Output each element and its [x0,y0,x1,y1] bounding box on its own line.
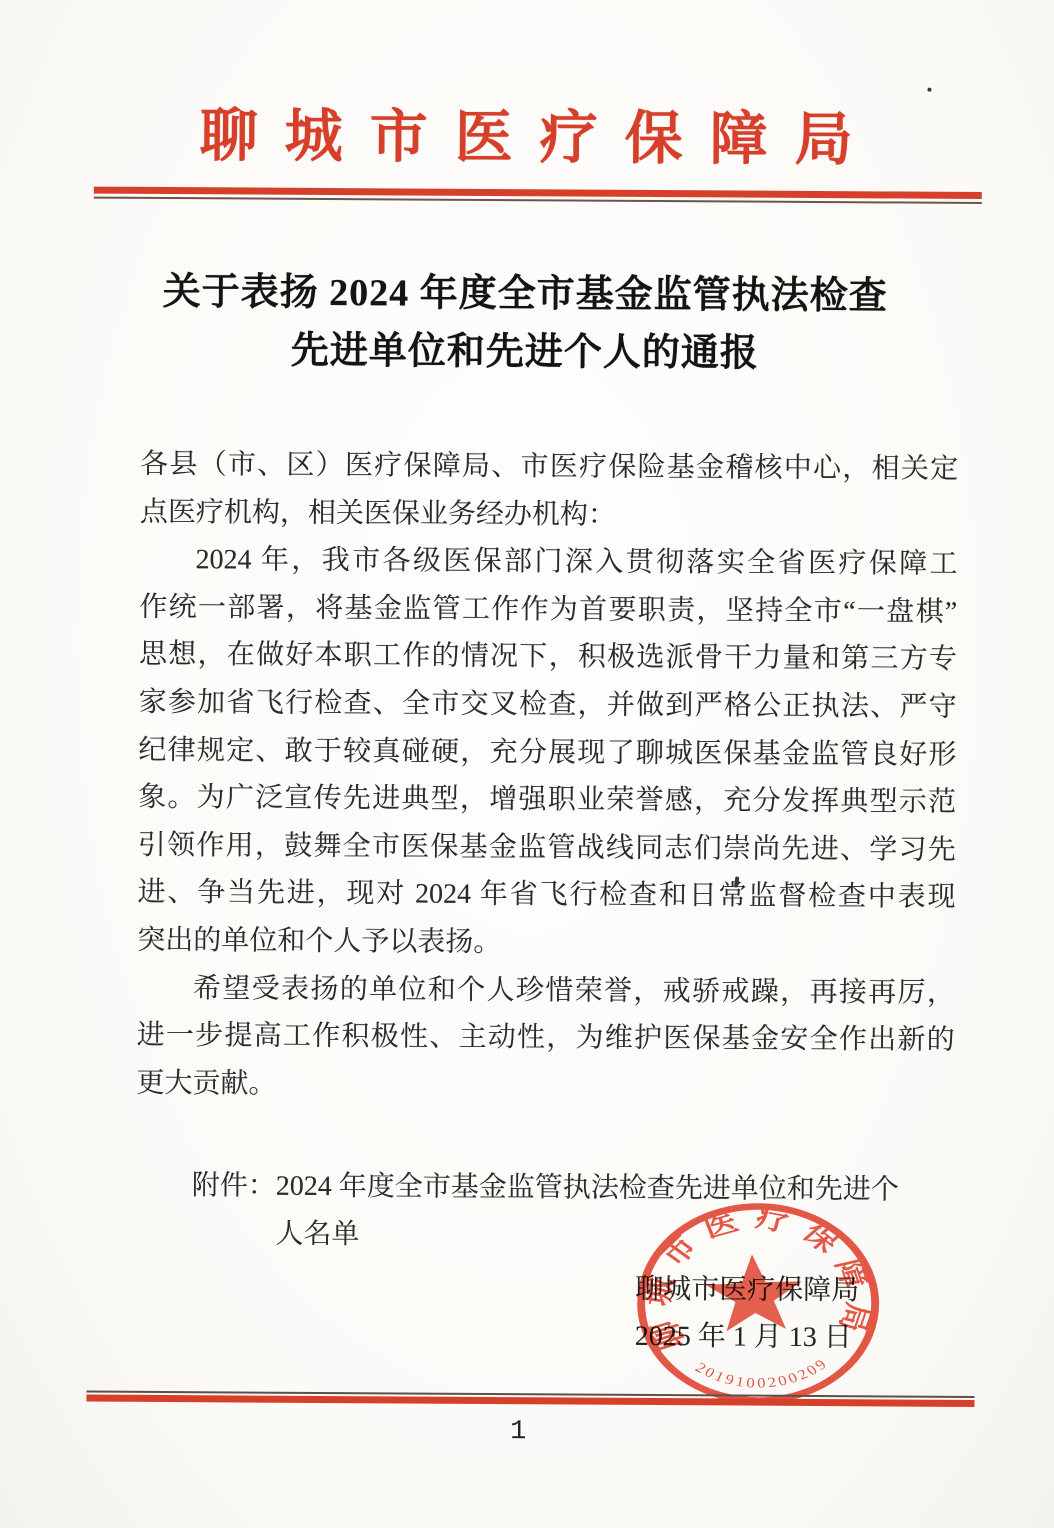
document-title: 关于表扬 2024 年度全市基金监管执法检查 先进单位和先进个人的通报 [0,262,1052,384]
paragraph-line: 进、争当先进，现对 2024 年省飞行检查和日常监督检查中表现 [137,869,955,922]
letterhead-rule [94,187,982,204]
document-body: 各县（市、区）医疗保障局、市医疗保险基金稽核中心，相关定 点医疗机构，相关医保业… [135,441,958,1262]
scanned-document-page: 聊城市医疗保障局 关于表扬 2024 年度全市基金监管执法检查 先进单位和先进个… [0,0,1054,1528]
paragraph-line: 希望受表扬的单位和个人珍惜荣誉，戒骄戒躁，再接再厉， [137,964,955,1017]
paragraph-line: 突出的单位和个人予以表扬。 [137,917,955,970]
page-number: 1 [0,1414,1045,1450]
scan-content: 聊城市医疗保障局 关于表扬 2024 年度全市基金监管执法检查 先进单位和先进个… [0,0,1054,1528]
salutation-line: 各县（市、区）医疗保障局、市医疗保险基金稽核中心，相关定 [140,441,958,494]
paragraph-line: 家参加省飞行检查、全市交叉检查，并做到严格公正执法、严守 [139,679,957,732]
salutation-line: 点医疗机构，相关医保业务经办机构： [140,488,958,541]
letterhead-agency-name: 聊城市医疗保障局 [0,100,1053,176]
paragraph-line: 纪律规定、敢于较真碰硬，充分展现了聊城医保基金监管良好形 [138,726,956,779]
paragraph-line: 进一步提高工作积极性、主动性，为维护医保基金安全作出新的 [137,1012,955,1065]
paragraph-line: 更大贡献。 [136,1060,954,1113]
document-title-line-2: 先进单位和先进个人的通报 [0,320,1052,384]
paragraph-line: 引领作用，鼓舞全市医保基金监管战线同志们崇尚先进、学习先 [138,822,956,875]
scan-speck [927,88,931,92]
paragraph-line: 2024 年，我市各级医保部门深入贯彻落实全省医疗保障工 [139,536,957,589]
paragraph-line: 象。为广泛宣传先进典型，增强职业荣誉感，充分发挥典型示范 [138,774,956,827]
seal-star-icon [704,1252,805,1331]
paragraph-line: 思想，在做好本职工作的情况下，积极选派骨干力量和第三方专 [139,631,957,684]
official-red-seal: 聊城市医疗保障局 2019100200209 [623,1192,894,1416]
paragraph-line: 作统一部署，将基金监管工作作为首要职责，坚持全市“一盘棋” [139,584,957,637]
document-title-line-1: 关于表扬 2024 年度全市基金监管执法检查 [0,262,1052,326]
